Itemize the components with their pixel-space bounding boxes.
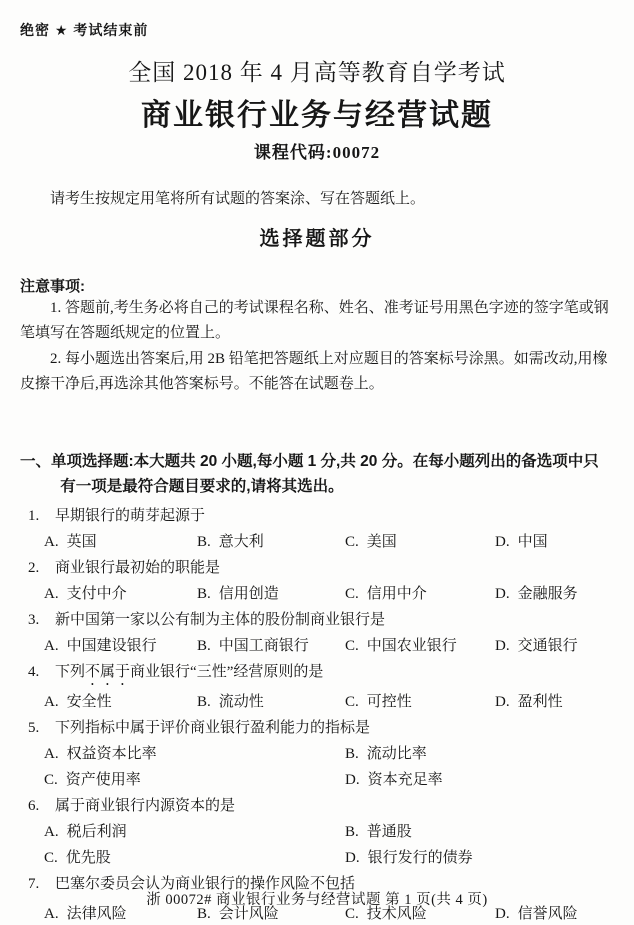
answer-option-b: B.信用创造: [197, 581, 345, 607]
question-list: 1.早期银行的萌芽起源于A.英国B.意大利C.美国D.中国2.商业银行最初始的职…: [20, 503, 614, 925]
note-item-2: 2. 每小题选出答案后,用 2B 铅笔把答题纸上对应题目的答案标号涂黑。如需改动…: [20, 347, 614, 397]
question-stem: 新中国第一家以公有制为主体的股份制商业银行是: [55, 612, 385, 628]
answer-option-b: B.流动比率: [345, 741, 614, 767]
option-letter: D.: [495, 534, 510, 550]
answer-option-c: C.中国农业银行: [345, 633, 495, 659]
option-text: 流动比率: [367, 746, 427, 762]
exam-paper-page: 绝密 ★ 考试结束前 全国 2018 年 4 月高等教育自学考试 商业银行业务与…: [0, 0, 634, 925]
option-text: 资产使用率: [66, 772, 141, 788]
option-text: 权益资本比率: [67, 746, 157, 762]
answer-option-a: A.支付中介: [44, 581, 197, 607]
option-text: 盈利性: [518, 694, 563, 710]
question-item: 2.商业银行最初始的职能是A.支付中介B.信用创造C.信用中介D.金融服务: [20, 555, 614, 607]
answer-option-b: B.意大利: [197, 529, 345, 555]
option-letter: D.: [495, 694, 510, 710]
answer-option-a: A.税后利润: [44, 819, 345, 845]
option-text: 中国建设银行: [67, 638, 157, 654]
option-text: 中国农业银行: [367, 638, 457, 654]
option-letter: A.: [44, 638, 59, 654]
answer-option-a: A.英国: [44, 529, 197, 555]
question-number: 5.: [28, 715, 46, 741]
option-text: 税后利润: [67, 824, 127, 840]
option-text: 信用中介: [367, 586, 427, 602]
answer-option-a: A.安全性: [44, 689, 197, 715]
question-item: 5.下列指标中属于评价商业银行盈利能力的指标是A.权益资本比率B.流动比率C.资…: [20, 715, 614, 793]
option-text: 美国: [367, 534, 397, 550]
answer-option-a: A.权益资本比率: [44, 741, 345, 767]
option-text: 英国: [67, 534, 97, 550]
question-number: 1.: [28, 503, 46, 529]
option-grid: A.权益资本比率B.流动比率C.资产使用率D.资本充足率: [44, 741, 614, 793]
option-letter: C.: [44, 850, 58, 866]
classified-marking: 绝密 ★ 考试结束前: [20, 20, 614, 40]
question-item: 1.早期银行的萌芽起源于A.英国B.意大利C.美国D.中国: [20, 503, 614, 555]
question-stem: 商业银行最初始的职能是: [55, 560, 220, 576]
part1-section-header: 一、单项选择题:本大题共 20 小题,每小题 1 分,共 20 分。在每小题列出…: [20, 449, 614, 499]
option-letter: A.: [44, 694, 59, 710]
option-letter: D.: [495, 638, 510, 654]
option-letter: B.: [197, 694, 211, 710]
option-text: 支付中介: [67, 586, 127, 602]
option-text: 银行发行的债券: [368, 850, 473, 866]
option-letter: A.: [44, 746, 59, 762]
option-grid: A.英国B.意大利C.美国D.中国: [44, 529, 614, 555]
section-title: 选择题部分: [20, 222, 614, 251]
question-text: 4.下列不属于商业银行“三性”经营原则的是: [28, 659, 614, 689]
question-number: 3.: [28, 607, 46, 633]
option-text: 流动性: [219, 694, 264, 710]
answer-option-b: B.流动性: [197, 689, 345, 715]
answer-option-c: C.美国: [345, 529, 495, 555]
answer-option-c: C.信用中介: [345, 581, 495, 607]
answer-option-d: D.银行发行的债券: [345, 845, 614, 871]
question-text: 1.早期银行的萌芽起源于: [28, 503, 614, 529]
question-text: 6.属于商业银行内源资本的是: [28, 793, 614, 819]
question-item: 6.属于商业银行内源资本的是A.税后利润B.普通股C.优先股D.银行发行的债券: [20, 793, 614, 871]
option-letter: D.: [345, 850, 360, 866]
option-grid: A.安全性B.流动性C.可控性D.盈利性: [44, 689, 614, 715]
note-item-1: 1. 答题前,考生务必将自己的考试课程名称、姓名、准考证号用黑色字迹的签字笔或钢…: [20, 296, 614, 346]
notes-title: 注意事项:: [20, 275, 614, 296]
question-stem: 属于商业银行内源资本的是: [55, 798, 235, 814]
answer-option-d: D.中国: [495, 529, 614, 555]
question-text: 3.新中国第一家以公有制为主体的股份制商业银行是: [28, 607, 614, 633]
answer-option-b: B.中国工商银行: [197, 633, 345, 659]
exam-title-line2: 商业银行业务与经营试题: [20, 90, 614, 134]
option-text: 可控性: [367, 694, 412, 710]
answer-option-d: D.金融服务: [495, 581, 614, 607]
question-item: 3.新中国第一家以公有制为主体的股份制商业银行是A.中国建设银行B.中国工商银行…: [20, 607, 614, 659]
option-letter: A.: [44, 824, 59, 840]
answer-sheet-instruction: 请考生按规定用笔将所有试题的答案涂、写在答题纸上。: [20, 187, 614, 208]
option-letter: B.: [197, 586, 211, 602]
option-letter: C.: [44, 772, 58, 788]
question-item: 4.下列不属于商业银行“三性”经营原则的是A.安全性B.流动性C.可控性D.盈利…: [20, 659, 614, 715]
exam-title-line1: 全国 2018 年 4 月高等教育自学考试: [20, 54, 614, 87]
answer-option-d: D.资本充足率: [345, 767, 614, 793]
question-stem: 早期银行的萌芽起源于: [55, 508, 205, 524]
option-text: 金融服务: [518, 586, 578, 602]
option-letter: A.: [44, 586, 59, 602]
option-text: 中国工商银行: [219, 638, 309, 654]
page-footer: 浙 00072# 商业银行业务与经营试题 第 1 页(共 4 页): [0, 888, 634, 909]
option-letter: D.: [345, 772, 360, 788]
question-stem: 下列指标中属于评价商业银行盈利能力的指标是: [55, 720, 370, 736]
option-text: 交通银行: [518, 638, 578, 654]
option-text: 普通股: [367, 824, 412, 840]
option-text: 资本充足率: [368, 772, 443, 788]
course-code: 课程代码:00072: [20, 138, 614, 163]
option-letter: C.: [345, 534, 359, 550]
question-stem: 下列不属于商业银行“三性”经营原则的是: [55, 664, 323, 680]
answer-option-c: C.可控性: [345, 689, 495, 715]
option-text: 意大利: [219, 534, 264, 550]
option-letter: B.: [197, 534, 211, 550]
option-letter: C.: [345, 638, 359, 654]
option-letter: C.: [345, 586, 359, 602]
option-text: 优先股: [66, 850, 111, 866]
question-number: 2.: [28, 555, 46, 581]
option-text: 安全性: [67, 694, 112, 710]
answer-option-a: A.中国建设银行: [44, 633, 197, 659]
answer-option-c: C.优先股: [44, 845, 345, 871]
option-grid: A.中国建设银行B.中国工商银行C.中国农业银行D.交通银行: [44, 633, 614, 659]
question-text: 5.下列指标中属于评价商业银行盈利能力的指标是: [28, 715, 614, 741]
option-letter: D.: [495, 586, 510, 602]
option-text: 中国: [518, 534, 548, 550]
option-letter: A.: [44, 534, 59, 550]
option-text: 信用创造: [219, 586, 279, 602]
answer-option-d: D.盈利性: [495, 689, 614, 715]
answer-option-b: B.普通股: [345, 819, 614, 845]
option-letter: B.: [345, 746, 359, 762]
option-letter: C.: [345, 694, 359, 710]
emphasized-text: 不属于: [85, 664, 130, 680]
option-grid: A.税后利润B.普通股C.优先股D.银行发行的债券: [44, 819, 614, 871]
option-letter: B.: [197, 638, 211, 654]
answer-option-d: D.交通银行: [495, 633, 614, 659]
question-text: 2.商业银行最初始的职能是: [28, 555, 614, 581]
option-grid: A.支付中介B.信用创造C.信用中介D.金融服务: [44, 581, 614, 607]
question-number: 4.: [28, 659, 46, 685]
option-letter: B.: [345, 824, 359, 840]
question-number: 6.: [28, 793, 46, 819]
answer-option-c: C.资产使用率: [44, 767, 345, 793]
